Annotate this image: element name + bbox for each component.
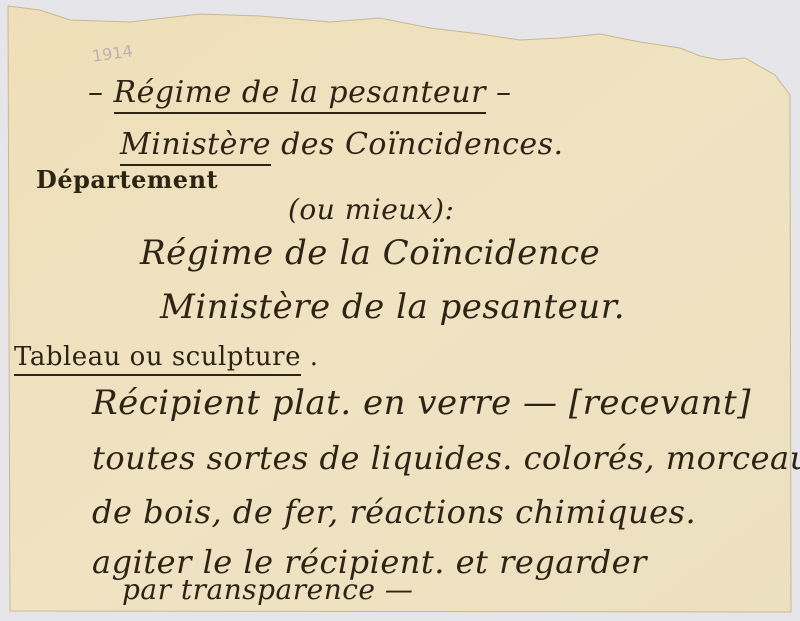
dash: – [88, 75, 114, 110]
manuscript-line-3: Département [36, 168, 218, 192]
manuscript-line-12: par transparence — [122, 576, 413, 604]
manuscript-paper: 1914 – Régime de la pesanteur – Ministèr… [0, 0, 800, 621]
manuscript-line-1: – Régime de la pesanteur – [88, 78, 512, 108]
manuscript-line-5: Régime de la Coïncidence [140, 236, 600, 270]
manuscript-line-7: Tableau ou sculpture . [14, 344, 319, 370]
manuscript-line-10: de bois, de fer, réactions chimiques. [92, 496, 696, 528]
manuscript-line-2: Ministère des Coïncidences. [120, 130, 564, 160]
line-rest: des Coïncidences. [271, 127, 564, 162]
period: . [301, 342, 319, 372]
manuscript-line-9: toutes sortes de liquides. colorés, morc… [92, 442, 800, 474]
dash: – [486, 75, 512, 110]
manuscript-line-4: (ou mieux): [288, 196, 454, 224]
underlined-title: Régime de la pesanteur [114, 75, 486, 114]
manuscript-line-6: Ministère de la pesanteur. [160, 290, 625, 324]
manuscript-line-8: Récipient plat. en verre — [recevant] [92, 386, 751, 420]
underlined-heading: Tableau ou sculpture [14, 342, 301, 376]
underlined-word: Ministère [120, 127, 271, 166]
